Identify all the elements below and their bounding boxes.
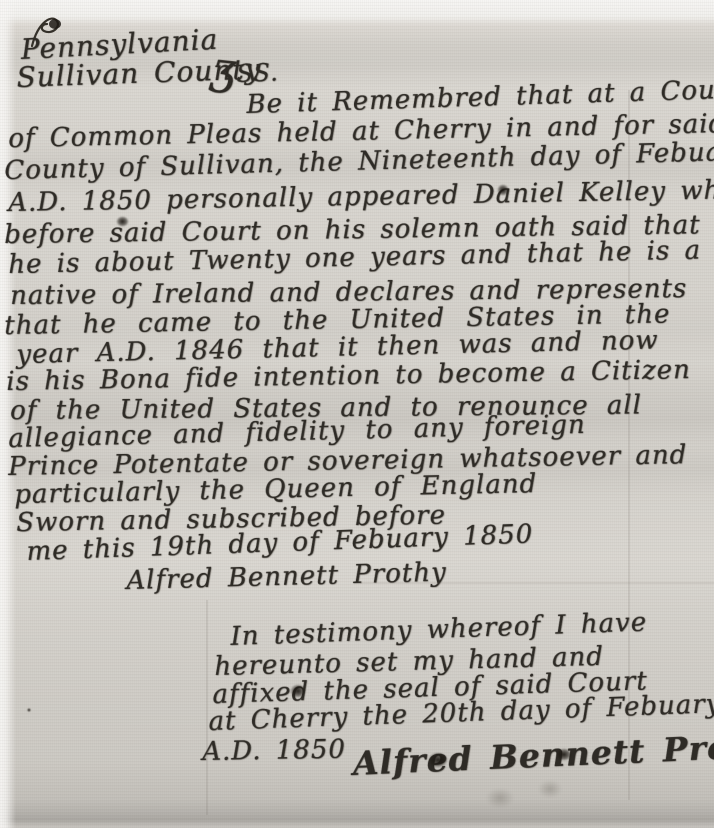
ss-abbreviation: SS. bbox=[236, 59, 279, 88]
ink-blot bbox=[290, 684, 306, 698]
scan-smudge bbox=[538, 780, 562, 798]
clerk-attestation-signature: Alfred Bennett Prothy bbox=[126, 558, 447, 596]
scanned-document-page: Pennsylvania Sullivan County ʒ SS. Be it… bbox=[0, 0, 714, 828]
fold-crease bbox=[628, 90, 630, 800]
ink-blot bbox=[428, 752, 448, 768]
ink-blot bbox=[116, 216, 129, 227]
fold-crease bbox=[360, 582, 714, 584]
ink-blot bbox=[497, 184, 509, 196]
testimony-line-5: A.D. 1850 bbox=[202, 734, 346, 767]
ink-dot bbox=[27, 708, 31, 712]
scan-smudge bbox=[486, 788, 514, 808]
fold-crease bbox=[206, 600, 208, 815]
ink-blot bbox=[556, 748, 572, 761]
brace-mark: ʒ bbox=[209, 42, 239, 95]
